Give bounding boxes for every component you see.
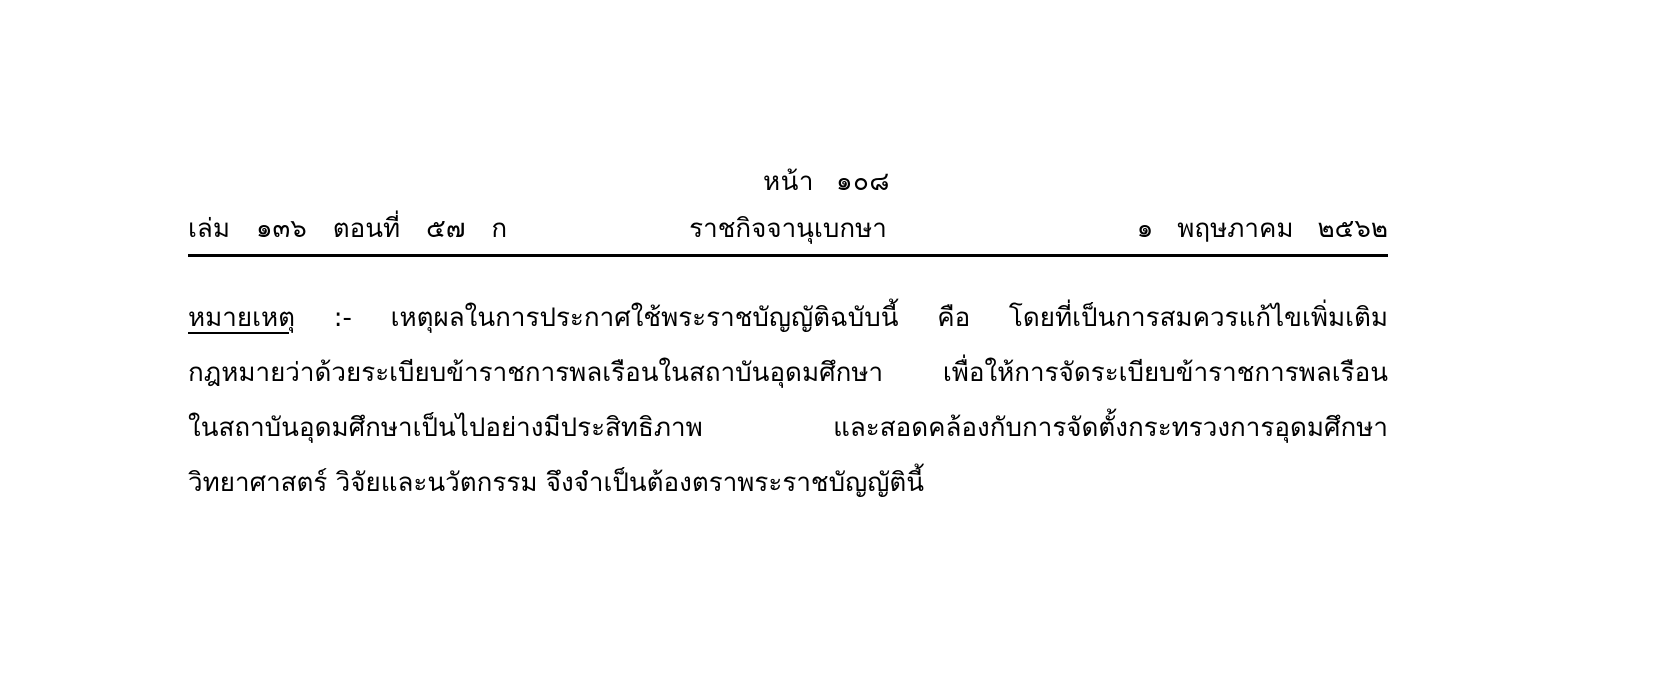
remark-text-4: วิทยาศาสตร์ วิจัยและนวัตกรรม จึงจำเป็นต้…: [188, 468, 924, 498]
date-day: ๑: [1137, 214, 1154, 244]
volume-number: ๑๓๖: [256, 214, 307, 244]
remark-separator: :-: [334, 303, 352, 333]
remark-section: หมายเหตุ :- เหตุผลในการประกาศใช้พระราชบั…: [188, 296, 1388, 516]
date-year: ๒๕๖๒: [1318, 214, 1388, 244]
date-month: พฤษภาคม: [1177, 214, 1293, 244]
issue-label: ตอนที่: [333, 214, 400, 244]
remark-line-2: กฎหมายว่าด้วยระเบียบข้าราชการพลเรือนในสถ…: [188, 351, 1388, 406]
page-number-label: หน้า: [763, 167, 814, 197]
remark-text-2: กฎหมายว่าด้วยระเบียบข้าราชการพลเรือนในสถ…: [188, 358, 1388, 388]
issue-section: ก: [491, 214, 507, 244]
page-number: หน้า๑๐๘: [0, 164, 1653, 200]
page-number-value: ๑๐๘: [836, 167, 890, 197]
publication-date: ๑พฤษภาคม๒๕๖๒: [1113, 210, 1388, 248]
remark-label: หมายเหตุ: [188, 303, 295, 333]
volume-issue-info: เล่ม๑๓๖ตอนที่๕๗ก: [188, 210, 533, 248]
remark-text-1: เหตุผลในการประกาศใช้พระราชบัญญัติฉบับนี้…: [391, 303, 1388, 333]
remark-line-4: วิทยาศาสตร์ วิจัยและนวัตกรรม จึงจำเป็นต้…: [188, 461, 1388, 516]
issue-number: ๕๗: [426, 214, 465, 244]
remark-line-3: ในสถาบันอุดมศึกษาเป็นไปอย่างมีประสิทธิภา…: [188, 406, 1388, 461]
publication-title: ราชกิจจานุเบกษา: [689, 214, 887, 244]
volume-label: เล่ม: [188, 214, 230, 244]
header-divider: [188, 254, 1388, 257]
gazette-header: เล่ม๑๓๖ตอนที่๕๗ก ราชกิจจานุเบกษา ๑พฤษภาค…: [188, 210, 1388, 248]
remark-text-3: ในสถาบันอุดมศึกษาเป็นไปอย่างมีประสิทธิภา…: [188, 413, 1388, 443]
remark-line-1: หมายเหตุ :- เหตุผลในการประกาศใช้พระราชบั…: [188, 296, 1388, 351]
